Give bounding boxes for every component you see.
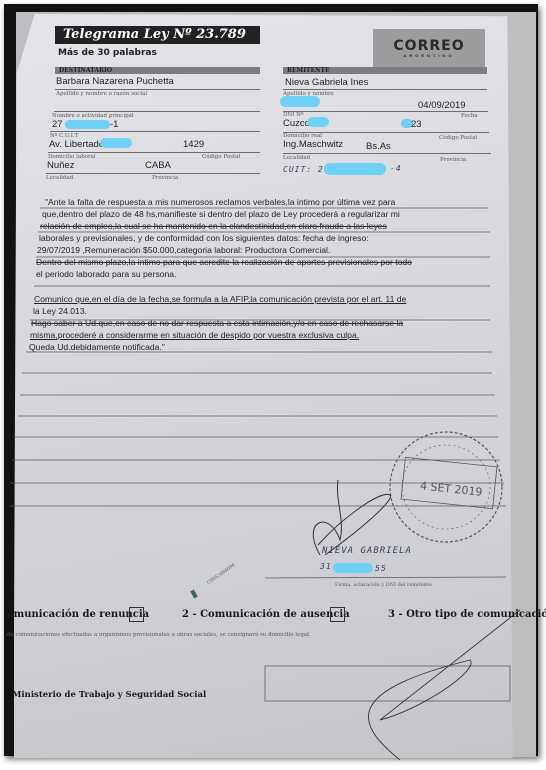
signature-mark (313, 480, 390, 555)
redaction-mark (333, 563, 373, 573)
footer-note: de comunicaciones efectuadas a organismo… (7, 632, 311, 638)
option-otro-label: 3 - Otro tipo de comunicació (388, 609, 546, 620)
form-lines-and-marks: 4 SET 2019 (0, 0, 546, 770)
renuncia-checkbox[interactable] (129, 607, 144, 622)
signature-dni-prefix: 31 (320, 562, 332, 571)
signature-handwritten-name: NIEVA GABRIELA (322, 546, 412, 556)
stamp-date: 4 SET 2019 (419, 479, 483, 498)
ausencia-checkbox[interactable] (330, 607, 345, 622)
official-signature-mark (368, 610, 520, 760)
signature-dni-suffix: 55 (375, 564, 387, 573)
option-renuncia-label: omunicación de renuncia (7, 609, 149, 620)
signature-label: Firma, aclaración y DNI del remitente (335, 582, 432, 588)
ministerio-label: Ministerio de Trabajo y Seguridad Social (12, 690, 206, 700)
option-ausencia-label: 2 - Comunicación de ausencia (182, 609, 350, 620)
